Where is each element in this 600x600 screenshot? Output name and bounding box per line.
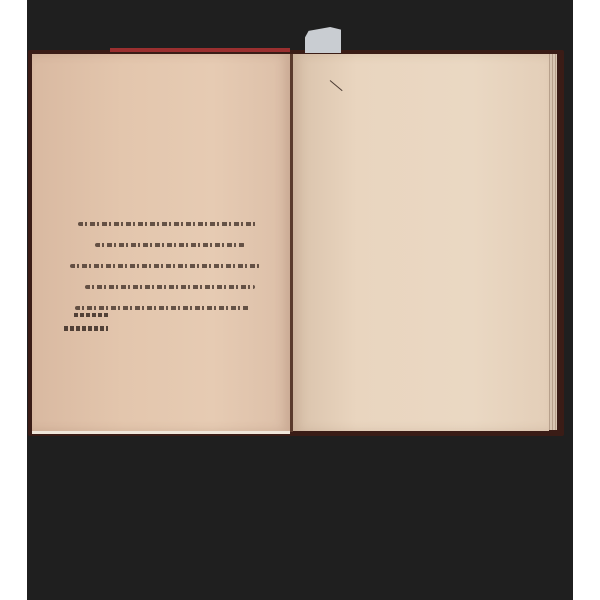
inscription-line: [handwritten line 5 — illegible] xyxy=(75,306,250,310)
signature: [signature line 1 — illegible] [signatur… xyxy=(64,313,110,340)
cover-red-edge xyxy=(110,48,290,52)
inscription-type: handwritten inscription (Ottoman Turkish… xyxy=(70,222,71,223)
page-bottom-edge xyxy=(32,431,290,434)
inscription-line: [handwritten line 3 — illegible] xyxy=(70,264,260,268)
right-page: blank page xyxy=(293,54,549,431)
signature-line: [signature line 1 — illegible] xyxy=(74,313,108,317)
inscription-line: [handwritten line 2 — illegible] xyxy=(95,243,245,247)
paper-scrap xyxy=(305,27,341,53)
page-fore-edge xyxy=(549,54,557,430)
inscription-line: [handwritten line 4 — illegible] xyxy=(85,285,255,289)
signature-line: [signature line 2 — illegible] xyxy=(64,326,108,331)
inscription-line: [handwritten line 1 — illegible] xyxy=(78,222,258,226)
handwritten-inscription: handwritten inscription (Ottoman Turkish… xyxy=(70,222,270,327)
right-page-content-type: blank page xyxy=(293,54,294,55)
